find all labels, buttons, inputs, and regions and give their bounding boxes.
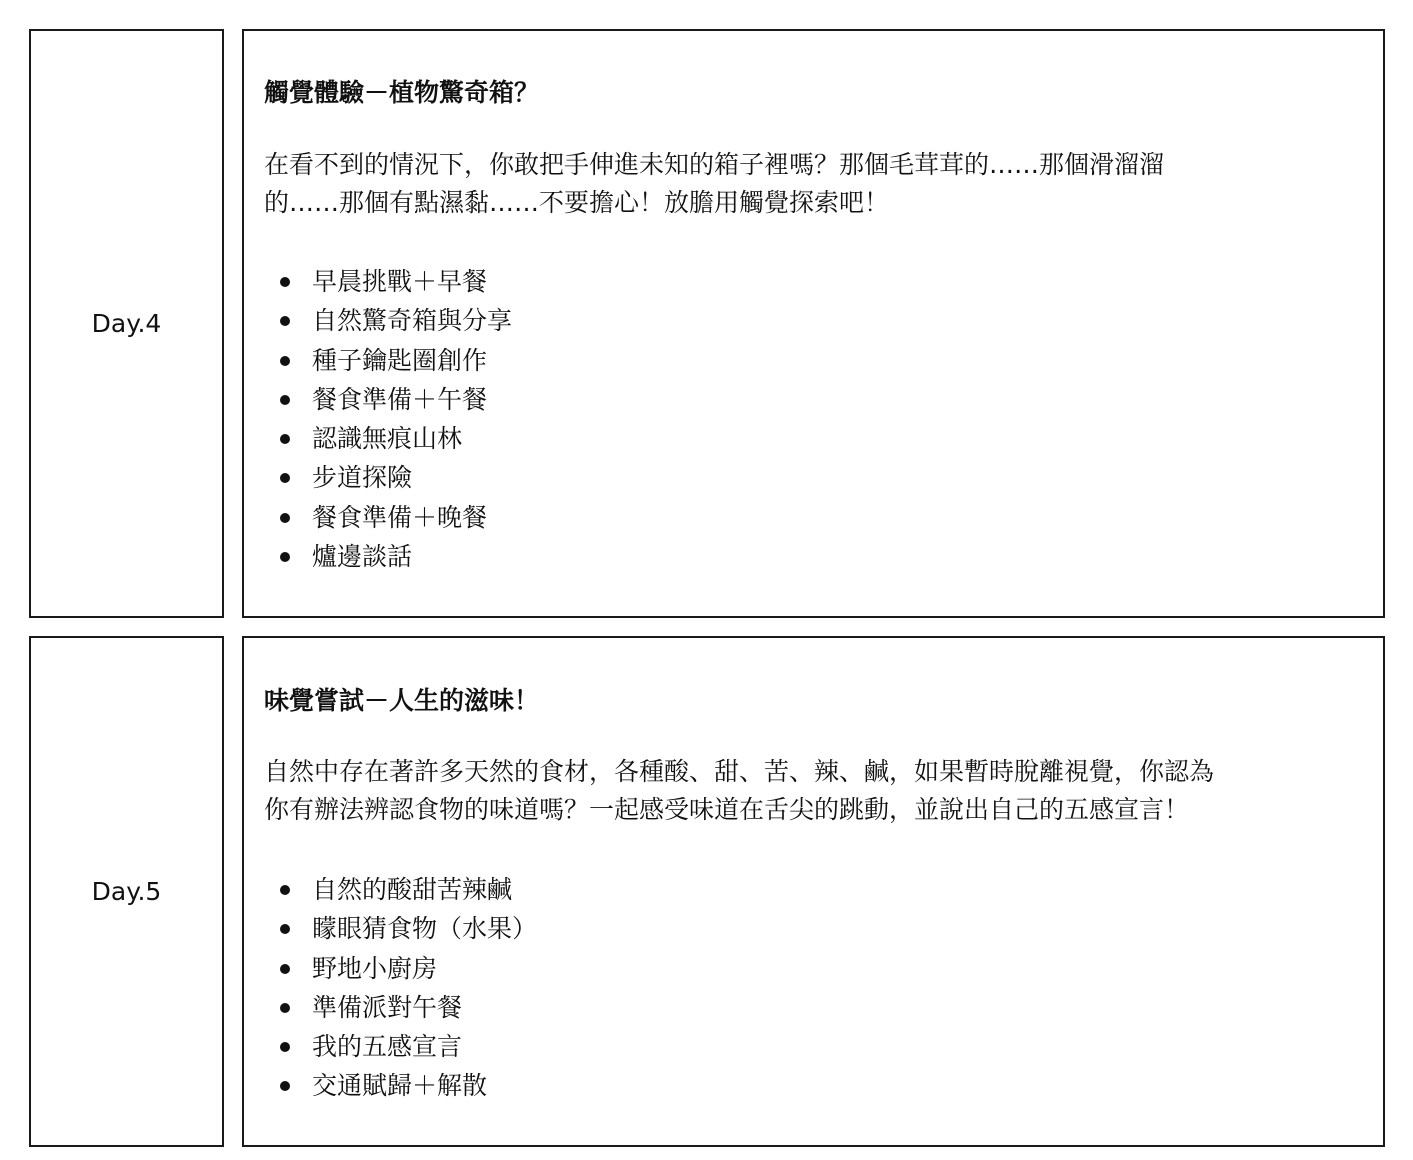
list-item: 交通賦歸＋解散: [274, 1066, 537, 1105]
activity-label: 爐邊談話: [312, 542, 412, 571]
day-5-title: 味覺嘗試－人生的滋味！: [264, 685, 539, 717]
day-4-title: 觸覺體驗－植物驚奇箱？: [264, 77, 539, 109]
day-4-activity-list: 早晨挑戰＋早餐 自然驚奇箱與分享 種子鑰匙圈創作 餐食準備＋午餐 認識無痕山林 …: [274, 262, 512, 576]
list-item: 種子鑰匙圈創作: [274, 341, 512, 380]
day-5-content-cell: 味覺嘗試－人生的滋味！ 自然中存在著許多天然的食材，各種酸、甜、苦、辣、鹹，如果…: [242, 636, 1385, 1147]
bullet-icon: [280, 513, 290, 523]
day-5-label: Day.5: [92, 877, 162, 906]
day-5-label-cell: Day.5: [29, 636, 224, 1147]
day-4-label: Day.4: [92, 309, 162, 338]
bullet-icon: [280, 964, 290, 974]
bullet-icon: [280, 277, 290, 287]
bullet-icon: [280, 356, 290, 366]
bullet-icon: [280, 885, 290, 895]
day-4-content-cell: 觸覺體驗－植物驚奇箱？ 在看不到的情況下，你敢把手伸進未知的箱子裡嗎？那個毛茸茸…: [242, 29, 1385, 618]
activity-label: 準備派對午餐: [312, 993, 462, 1022]
list-item: 準備派對午餐: [274, 988, 537, 1027]
bullet-icon: [280, 434, 290, 444]
activity-label: 餐食準備＋晚餐: [312, 503, 487, 532]
bullet-icon: [280, 316, 290, 326]
day-5-description: 自然中存在著許多天然的食材，各種酸、甜、苦、辣、鹹，如果暫時脫離視覺，你認為 你…: [264, 753, 1363, 829]
activity-label: 認識無痕山林: [312, 424, 462, 453]
activity-label: 野地小廚房: [312, 954, 437, 983]
activity-label: 自然驚奇箱與分享: [312, 306, 512, 335]
bullet-icon: [280, 924, 290, 934]
bullet-icon: [280, 552, 290, 562]
list-item: 步道探險: [274, 458, 512, 497]
list-item: 爐邊談話: [274, 537, 512, 576]
activity-label: 自然的酸甜苦辣鹹: [312, 875, 512, 904]
bullet-icon: [280, 1042, 290, 1052]
list-item: 餐食準備＋晚餐: [274, 498, 512, 537]
activity-label: 早晨挑戰＋早餐: [312, 267, 487, 296]
activity-label: 步道探險: [312, 463, 412, 492]
bullet-icon: [280, 473, 290, 483]
activity-label: 矇眼猜食物（水果）: [312, 914, 537, 943]
list-item: 自然驚奇箱與分享: [274, 301, 512, 340]
day-5-description-line-2: 你有辦法辨認食物的味道嗎？一起感受味道在舌尖的跳動，並說出自己的五感宣言！: [264, 791, 1363, 829]
bullet-icon: [280, 1081, 290, 1091]
day-5-description-line-1: 自然中存在著許多天然的食材，各種酸、甜、苦、辣、鹹，如果暫時脫離視覺，你認為: [264, 753, 1363, 791]
day-4-description: 在看不到的情況下，你敢把手伸進未知的箱子裡嗎？那個毛茸茸的……那個滑溜溜 的………: [264, 146, 1303, 222]
day-4-description-line-2: 的……那個有點濕黏……不要擔心！放膽用觸覺探索吧！: [264, 184, 1303, 222]
bullet-icon: [280, 1003, 290, 1013]
list-item: 餐食準備＋午餐: [274, 380, 512, 419]
day-5-activity-list: 自然的酸甜苦辣鹹 矇眼猜食物（水果） 野地小廚房 準備派對午餐 我的五感宣言 交…: [274, 870, 537, 1106]
day-4-label-cell: Day.4: [29, 29, 224, 618]
activity-label: 交通賦歸＋解散: [312, 1071, 487, 1100]
activity-label: 種子鑰匙圈創作: [312, 346, 487, 375]
bullet-icon: [280, 395, 290, 405]
list-item: 自然的酸甜苦辣鹹: [274, 870, 537, 909]
list-item: 早晨挑戰＋早餐: [274, 262, 512, 301]
activity-label: 我的五感宣言: [312, 1032, 462, 1061]
list-item: 矇眼猜食物（水果）: [274, 909, 537, 948]
list-item: 野地小廚房: [274, 949, 537, 988]
list-item: 我的五感宣言: [274, 1027, 537, 1066]
list-item: 認識無痕山林: [274, 419, 512, 458]
activity-label: 餐食準備＋午餐: [312, 385, 487, 414]
day-4-description-line-1: 在看不到的情況下，你敢把手伸進未知的箱子裡嗎？那個毛茸茸的……那個滑溜溜: [264, 146, 1303, 184]
